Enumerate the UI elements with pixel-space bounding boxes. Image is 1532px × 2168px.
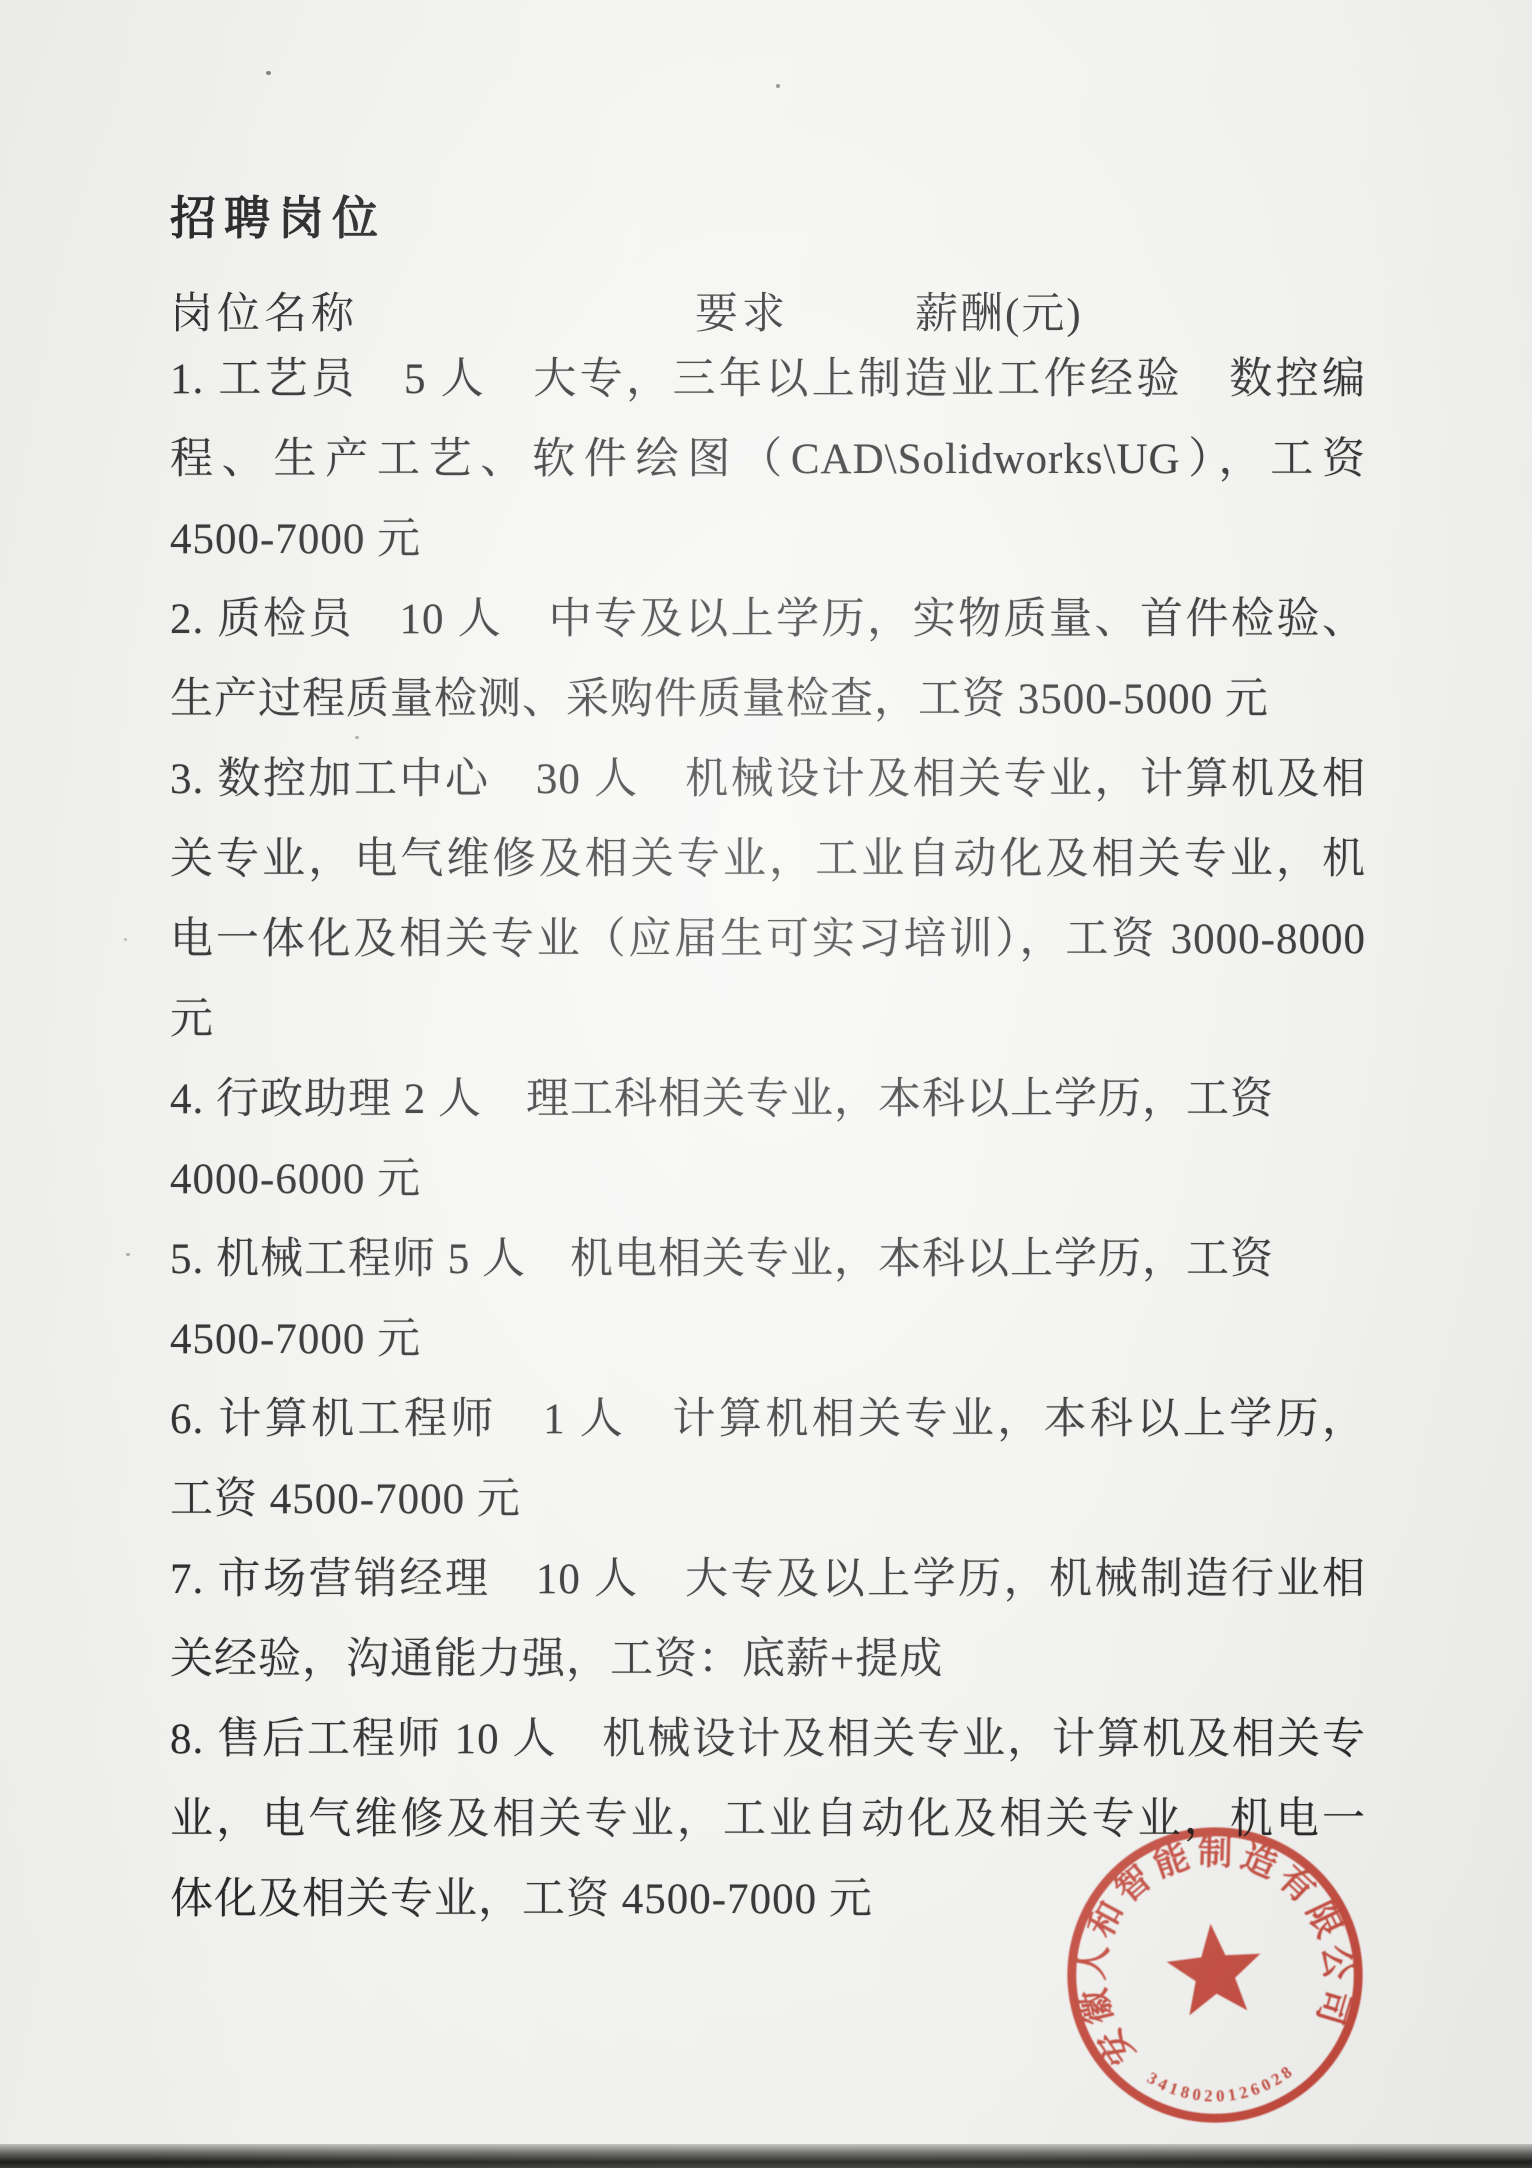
text-line: 关专业，电气维修及相关专业，工业自动化及相关专业，机 (170, 820, 1366, 900)
company-seal-stamp: 安徽人和智能制造有限公司 3418020126028 (1044, 1804, 1386, 2146)
scan-speck (355, 736, 359, 739)
text-line: 3. 数控加工中心 30 人 机械设计及相关专业，计算机及相 (170, 740, 1366, 820)
star-icon (1164, 1920, 1265, 2017)
text-line: 电一体化及相关专业（应届生可实习培训），工资 3000-8000 (170, 900, 1366, 980)
scan-speck (124, 938, 127, 941)
text-line: 8. 售后工程师 10 人 机械设计及相关专业，计算机及相关专 (170, 1700, 1366, 1780)
text-line: 程、生产工艺、软件绘图（CAD\Solidworks\UG），工资 (170, 420, 1366, 500)
column-header-salary: 薪酬(元) (915, 280, 1083, 341)
text-line: 关经验，沟通能力强，工资：底薪+提成 (170, 1620, 1366, 1700)
text-line: 2. 质检员 10 人 中专及以上学历，实物质量、首件检验、 (170, 580, 1366, 660)
column-header-position: 岗位名称 (170, 280, 358, 341)
job-lines: 1. 工艺员 5 人 大专，三年以上制造业工作经验 数控编程、生产工艺、软件绘图… (170, 340, 1366, 1940)
text-line: 4500-7000 元 (170, 500, 1366, 580)
text-line: 1. 工艺员 5 人 大专，三年以上制造业工作经验 数控编 (170, 340, 1366, 420)
text-line: 4500-7000 元 (170, 1300, 1366, 1380)
scanned-recruitment-document: 招聘岗位 岗位名称 要求 薪酬(元) 1. 工艺员 5 人 大专，三年以上制造业… (0, 0, 1532, 2168)
scan-speck (266, 71, 271, 75)
scan-speck (776, 84, 780, 88)
column-header-requirements: 要求 (695, 280, 789, 341)
text-line: 6. 计算机工程师 1 人 计算机相关专业，本科以上学历， (170, 1380, 1366, 1460)
text-line: 工资 4500-7000 元 (170, 1460, 1366, 1540)
scan-speck (126, 1253, 130, 1256)
page-title: 招聘岗位 (170, 182, 386, 248)
text-line: 生产过程质量检测、采购件质量检查，工资 3500-5000 元 (170, 660, 1366, 740)
text-line: 5. 机械工程师 5 人 机电相关专业，本科以上学历，工资 (170, 1220, 1366, 1300)
text-line: 4000-6000 元 (170, 1140, 1366, 1220)
scan-bottom-edge (0, 2144, 1532, 2168)
text-line: 4. 行政助理 2 人 理工科相关专业，本科以上学历，工资 (170, 1060, 1366, 1140)
text-line: 7. 市场营销经理 10 人 大专及以上学历，机械制造行业相 (170, 1540, 1366, 1620)
text-line: 元 (170, 980, 1366, 1060)
